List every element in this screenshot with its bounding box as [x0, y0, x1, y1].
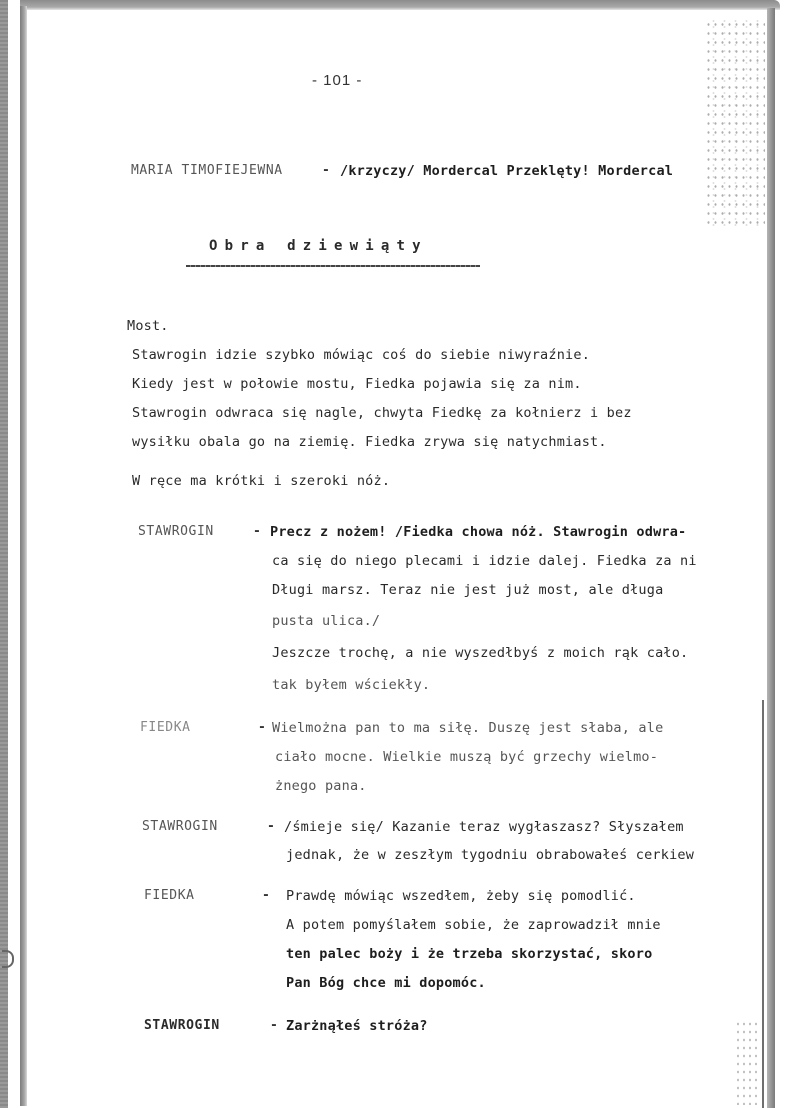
scan-noise [705, 20, 765, 230]
speech-dash: - [262, 888, 270, 903]
speech-dash: - [253, 524, 261, 539]
dialogue-line: Prawdę mówiąc wszedłem, żeby się pomodli… [286, 888, 636, 904]
stage-direction-line: Kiedy jest w połowie mostu, Fiedka pojaw… [132, 376, 582, 392]
opening-dash: - [322, 163, 330, 178]
page-right-edge [767, 8, 775, 1108]
opening-speaker: MARIA TIMOFIEJEWNA [131, 163, 283, 178]
dialogue-line: pusta ulica./ [272, 613, 380, 629]
dialogue-line: Pan Bóg chce mi dopomóc. [286, 975, 486, 991]
dialogue-line: A potem pomyślałem sobie, że zaprowadził… [286, 917, 661, 933]
stage-direction-line: W ręce ma krótki i szeroki nóż. [132, 473, 390, 489]
dialogue-line: Precz z nożem! /Fiedka chowa nóż. Stawro… [270, 524, 686, 540]
speech-dash: - [258, 720, 266, 735]
dialogue-line: Wielmożna pan to ma siłę. Duszę jest sła… [272, 720, 663, 736]
opening-line-text: /krzyczy/ Mordercal Przeklęty! Mordercal [340, 163, 673, 179]
speaker-name: FIEDKA [140, 720, 191, 735]
speaker-name: STAWROGIN [144, 1018, 220, 1033]
speech-dash: - [267, 819, 275, 834]
speech-dash: - [270, 1018, 278, 1033]
stage-direction-line: Stawrogin odwraca się nagle, chwyta Fied… [132, 405, 632, 421]
scan-left-strip [0, 0, 8, 1108]
dialogue-line: Jeszcze trochę, a nie wyszedłbyś z moich… [272, 645, 688, 661]
page-left-edge [20, 6, 27, 1106]
dialogue-line: jednak, że w zeszłym tygodniu obrabowałe… [286, 847, 694, 863]
stage-direction-line: Stawrogin idzie szybko mówiąc coś do sie… [132, 347, 590, 363]
stage-direction-line: Most. [127, 318, 169, 334]
scene-title: Obra dziewiąty [209, 238, 428, 254]
stage-direction-line: wysiłku obala go na ziemię. Fiedka zrywa… [132, 434, 607, 450]
dialogue-line: Zarżnąłeś stróża? [286, 1018, 428, 1034]
speaker-name: STAWROGIN [142, 819, 218, 834]
dialogue-line: Długi marsz. Teraz nie jest już most, al… [272, 582, 663, 598]
speaker-name: FIEDKA [144, 888, 195, 903]
dialogue-line: ca się do niego plecami i idzie dalej. F… [272, 553, 697, 569]
dialogue-line: żnego pana. [275, 778, 367, 794]
scene-title-underline [186, 265, 480, 267]
scan-noise [735, 1020, 760, 1105]
binding-clip-icon [2, 950, 14, 968]
page-right-edge-lower [762, 700, 764, 1108]
page-number: - 101 - [312, 72, 362, 89]
dialogue-line: tak byłem wściekły. [272, 677, 430, 693]
speaker-name: STAWROGIN [138, 524, 214, 539]
dialogue-line: /śmieje się/ Kazanie teraz wygłaszasz? S… [284, 819, 684, 835]
page-top-edge [20, 0, 780, 10]
dialogue-line: ten palec boży i że trzeba skorzystać, s… [286, 946, 652, 962]
dialogue-line: ciało mocne. Wielkie muszą być grzechy w… [275, 749, 658, 765]
